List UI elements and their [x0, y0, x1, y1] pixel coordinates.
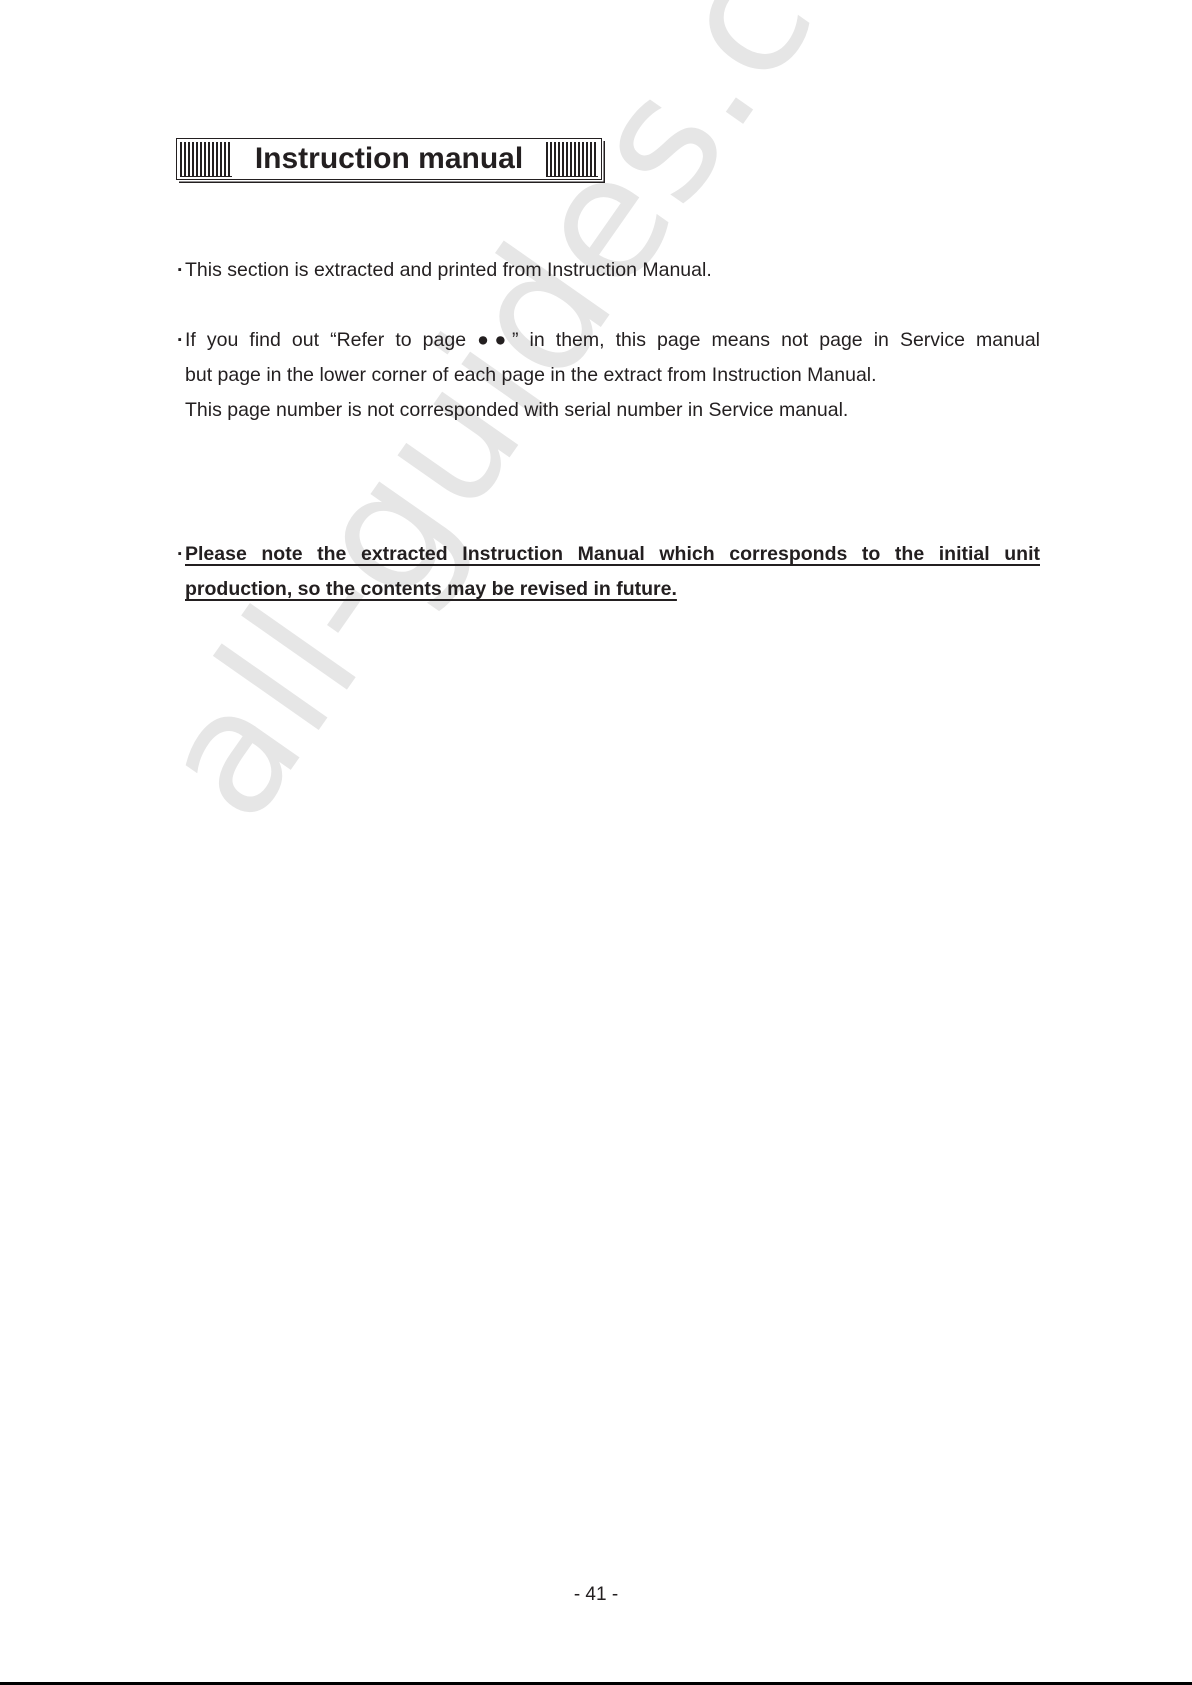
- section-title: Instruction manual: [237, 139, 541, 179]
- hatch-decoration-right: [546, 142, 598, 177]
- paragraph-revision-warning: · Please note the extracted Instruction …: [185, 537, 1040, 607]
- paragraph-line: production, so the contents may be revis…: [185, 572, 1040, 607]
- paragraph-line: If you find out “Refer to page ●●” in th…: [185, 323, 1040, 358]
- paragraph-page-reference-note: · If you find out “Refer to page ●●” in …: [185, 323, 1040, 428]
- hatch-decoration-left: [180, 142, 232, 177]
- page-number: - 41 -: [0, 1584, 1192, 1606]
- paragraph-line: but page in the lower corner of each pag…: [185, 358, 1040, 393]
- section-title-box: Instruction manual: [176, 138, 602, 180]
- document-page: all-guides.com Instruction manual · This…: [0, 0, 1192, 1682]
- bullet-icon: ·: [177, 537, 183, 572]
- paragraph-extract-note: · This section is extracted and printed …: [185, 253, 1040, 288]
- bullet-icon: ·: [177, 323, 183, 358]
- paragraph-line: This section is extracted and printed fr…: [185, 253, 1040, 288]
- paragraph-line: This page number is not corresponded wit…: [185, 393, 1040, 428]
- paragraph-line: Please note the extracted Instruction Ma…: [185, 537, 1040, 572]
- bullet-icon: ·: [177, 253, 183, 288]
